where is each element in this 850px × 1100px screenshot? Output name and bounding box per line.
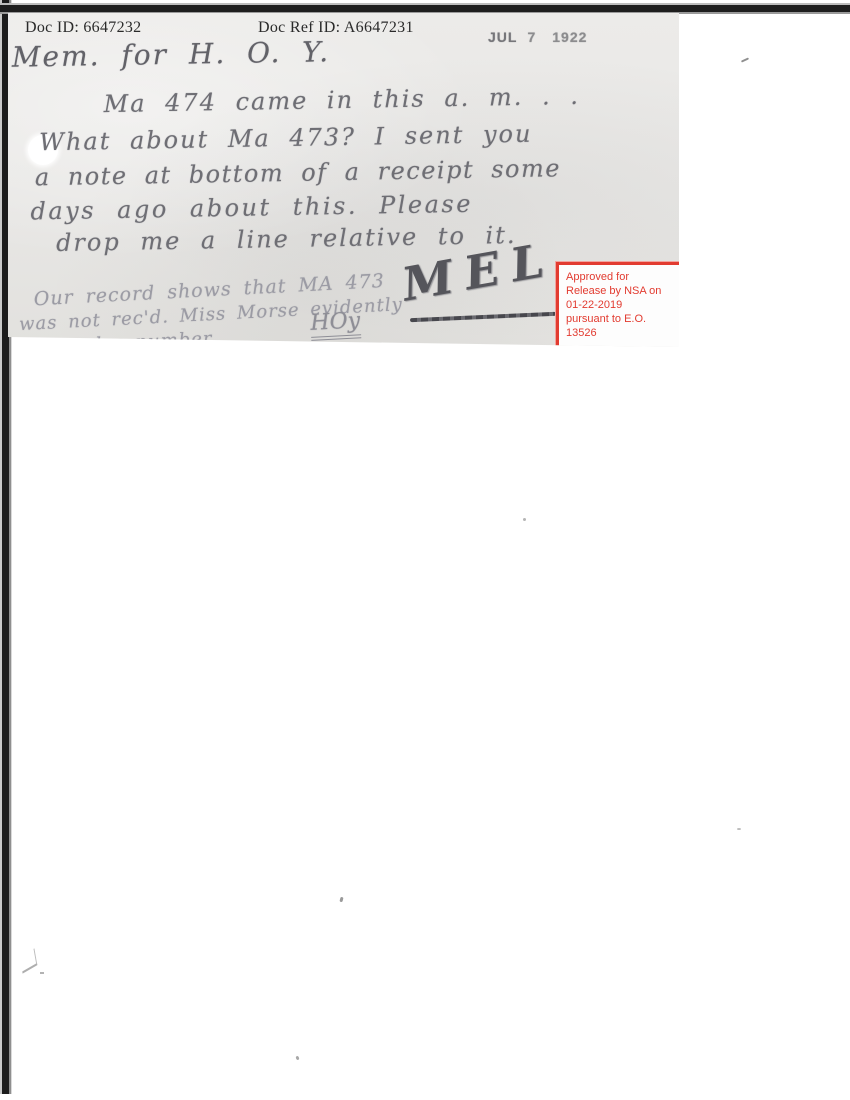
- scan-speck: [741, 57, 749, 62]
- release-stamp-line: pursuant to E.O.: [566, 313, 676, 327]
- stray-pencil-mark: [20, 948, 38, 973]
- scanner-edge-top: [0, 3, 850, 14]
- scanned-memo-paper: Doc ID: 6647232 Doc Ref ID: A6647231 JUL…: [8, 13, 679, 347]
- nsa-release-stamp: Approved for Release by NSA on 01-22-201…: [556, 262, 683, 350]
- release-stamp-line: 01-22-2019: [566, 299, 676, 313]
- reply-initials: HOy: [310, 308, 361, 341]
- scan-speck: [339, 897, 343, 903]
- scan-speck: [295, 1056, 299, 1061]
- release-stamp-line: Approved for: [566, 271, 676, 285]
- release-stamp-line: Release by NSA on: [566, 285, 676, 299]
- scan-speck: [523, 518, 526, 521]
- release-stamp-line: 13526: [566, 327, 676, 341]
- stray-pencil-mark: [40, 972, 44, 974]
- scan-speck: [737, 828, 741, 830]
